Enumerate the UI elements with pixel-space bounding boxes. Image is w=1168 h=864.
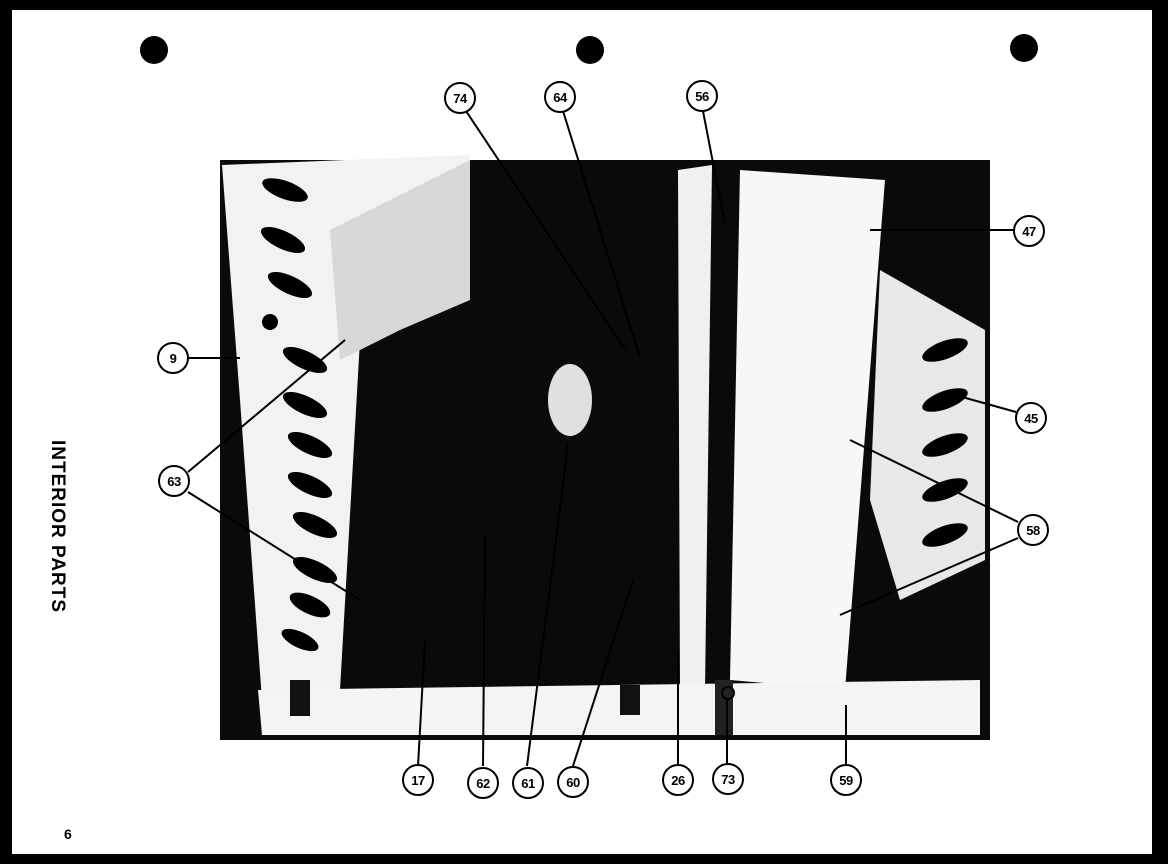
callout-61: 61 [512, 767, 544, 799]
callout-47: 47 [1013, 215, 1045, 247]
callout-73: 73 [712, 763, 744, 795]
callout-60: 60 [557, 766, 589, 798]
callout-26: 26 [662, 764, 694, 796]
callout-63: 63 [158, 465, 190, 497]
callout-58: 58 [1017, 514, 1049, 546]
callout-74: 74 [444, 82, 476, 114]
callout-56: 56 [686, 80, 718, 112]
callout-62: 62 [467, 767, 499, 799]
callout-45: 45 [1015, 402, 1047, 434]
diagram-title: INTERIOR PARTS [46, 440, 68, 613]
callout-59: 59 [830, 764, 862, 796]
leader-lines [0, 0, 1168, 864]
page-number: 6 [64, 826, 72, 842]
parts-diagram-page: INTERIOR PARTS 6 9 63 74 64 56 47 45 58 … [0, 0, 1168, 864]
callout-17: 17 [402, 764, 434, 796]
callout-9: 9 [157, 342, 189, 374]
callout-64: 64 [544, 81, 576, 113]
